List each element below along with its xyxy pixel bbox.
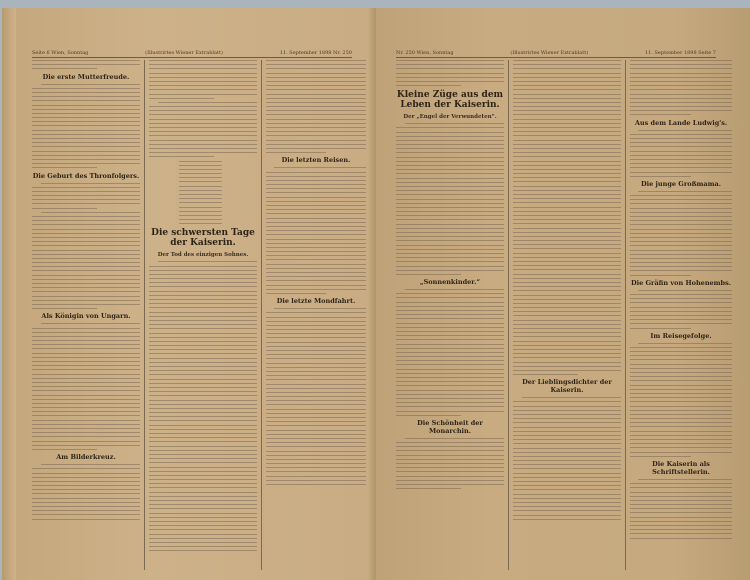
left-column-3: Die letzten Reisen. Die letzte Mondfahrt… — [266, 60, 366, 570]
left-header-page-info: Seite 6 Wien, Sonntag — [32, 50, 88, 56]
article-subheading: Der „Engel der Verwundeten“. — [396, 114, 504, 120]
right-column-2: Der Lieblingsdichter der Kaiserin. — [513, 60, 621, 570]
article-heading: Die Gräfin von Hohenembs. — [630, 279, 732, 287]
right-header-masthead: (Illustrirtes Wiener Extrablatt) — [510, 50, 588, 56]
article-heading: Die letzten Reisen. — [266, 156, 366, 164]
page-edge — [2, 8, 16, 580]
right-column-1: Kleine Züge aus dem Leben der Kaiserin. … — [396, 60, 504, 570]
article-heading: Die Geburt des Thronfolgers. — [32, 172, 140, 180]
article-heading: Aus dem Lande Ludwig's. — [630, 119, 732, 127]
right-column-3: Aus dem Lande Ludwig's. Die junge Großma… — [630, 60, 732, 570]
article-heading: Kleine Züge aus dem Leben der Kaiserin. — [396, 90, 504, 110]
left-page-header: Seite 6 Wien, Sonntag (Illustrirtes Wien… — [32, 50, 352, 58]
article-heading: Die Kaiserin als Schriftstellerin. — [630, 460, 732, 476]
article-heading: Der Lieblingsdichter der Kaiserin. — [513, 378, 621, 394]
right-page-header: Nr. 250 Wien, Sonntag (Illustrirtes Wien… — [396, 50, 716, 58]
right-header-page-info: Nr. 250 Wien, Sonntag — [396, 50, 454, 56]
article-heading: „Sonnenkinder.“ — [396, 278, 504, 286]
article-heading: Im Reisegefolge. — [630, 332, 732, 340]
column-rule — [144, 60, 145, 570]
article-heading: Die letzte Mondfahrt. — [266, 297, 366, 305]
article-heading: Die schwersten Tage der Kaiserin. — [149, 228, 257, 248]
article-heading: Die erste Mutterfreude. — [32, 73, 140, 81]
left-header-masthead: (Illustrirtes Wiener Extrablatt) — [145, 50, 223, 56]
column-rule — [625, 60, 626, 570]
right-page: Nr. 250 Wien, Sonntag (Illustrirtes Wien… — [376, 8, 750, 580]
column-rule — [261, 60, 262, 570]
left-column-1: Die erste Mutterfreude. Die Geburt des T… — [32, 60, 140, 570]
article-heading: Als Königin von Ungarn. — [32, 312, 140, 320]
right-header-date: 11. September 1898 Seite 7 — [645, 50, 716, 56]
article-heading: Die junge Großmama. — [630, 180, 732, 188]
article-heading: Am Bilderkreuz. — [32, 453, 140, 461]
article-heading: Die Schönheit der Monarchin. — [396, 419, 504, 435]
left-header-date: 11. September 1898 Nr. 250 — [280, 50, 352, 56]
article-subheading: Der Tod des einzigen Sohnes. — [149, 252, 257, 258]
left-column-2: Die schwersten Tage der Kaiserin. Der To… — [149, 60, 257, 570]
newspaper-spread: Seite 6 Wien, Sonntag (Illustrirtes Wien… — [2, 8, 750, 580]
column-rule — [508, 60, 509, 570]
left-page: Seite 6 Wien, Sonntag (Illustrirtes Wien… — [2, 8, 374, 580]
